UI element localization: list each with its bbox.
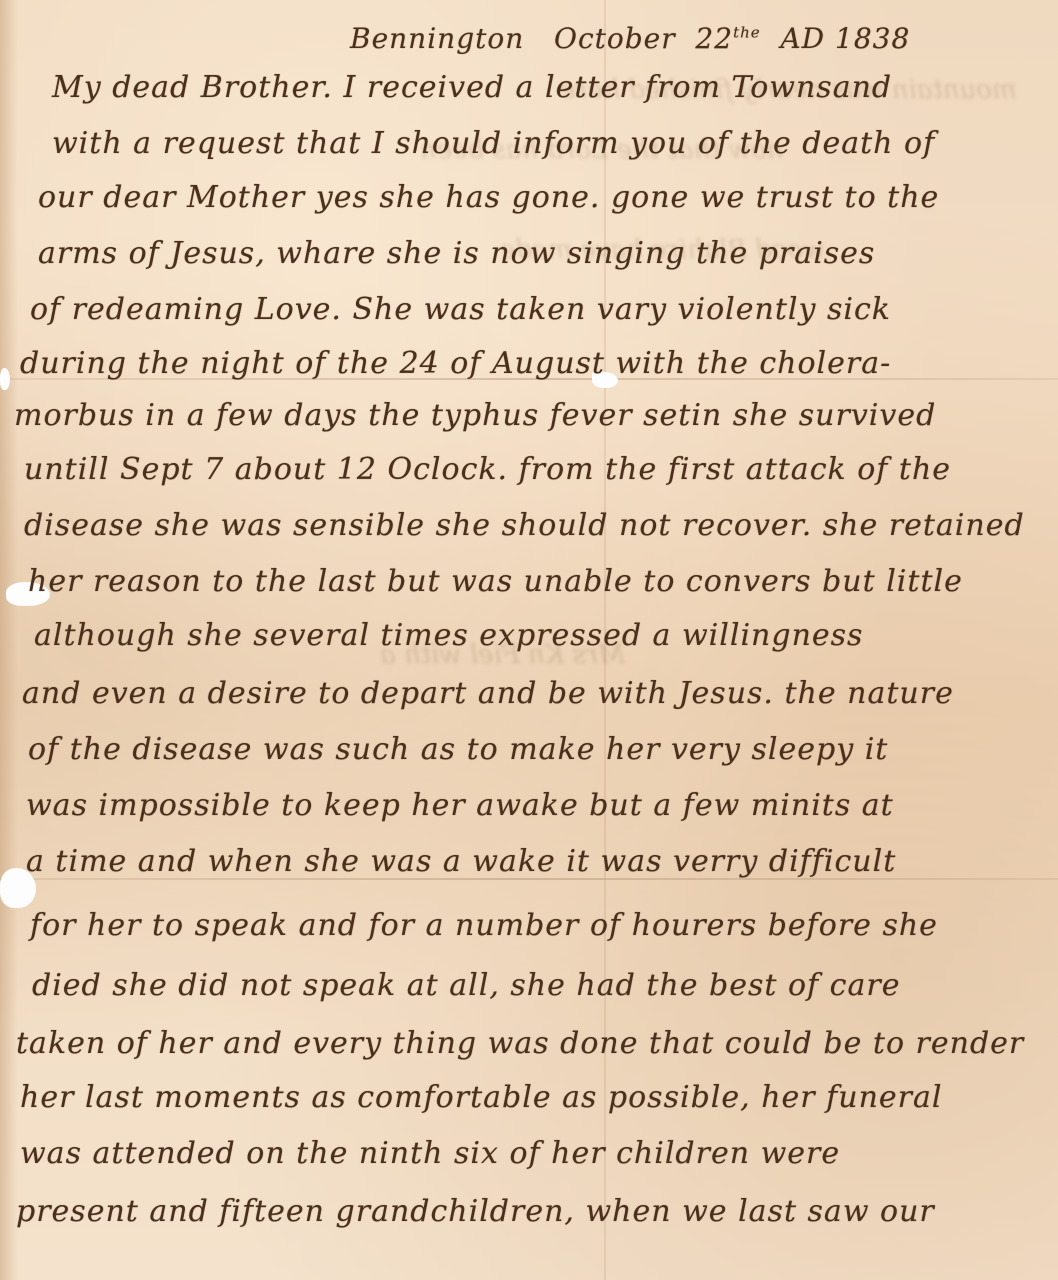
letter-line: and even a desire to depart and be with …: [22, 676, 954, 711]
letter-line: died she did not speak at all, she had t…: [32, 968, 900, 1003]
letter-line: her reason to the last but was unable to…: [28, 564, 963, 599]
letter-line: taken of her and every thing was done th…: [16, 1026, 1024, 1061]
letter-line: arms of Jesus, whare she is now singing …: [38, 236, 875, 271]
letter-line: during the night of the 24 of August wit…: [20, 346, 891, 381]
letter-line: present and fifteen grandchildren, when …: [16, 1194, 935, 1229]
letter-line: disease she was sensible she should not …: [24, 508, 1025, 543]
heading-era: AD: [780, 22, 825, 55]
letter-line: our dear Mother yes she has gone. gone w…: [38, 180, 939, 215]
heading-year: 1838: [835, 22, 910, 55]
letter-line: untill Sept 7 about 12 Oclock. from the …: [24, 452, 951, 487]
heading-place: Bennington: [350, 22, 524, 55]
letter-line: for her to speak and for a number of hou…: [30, 908, 938, 943]
letter-line: was impossible to keep her awake but a f…: [26, 788, 894, 823]
letter-line: although she several times expressed a w…: [34, 618, 863, 653]
heading-day: 22: [695, 22, 733, 55]
letter-line: a time and when she was a wake it was ve…: [26, 844, 896, 879]
heading-month: October: [554, 22, 676, 55]
letter-line: of the disease was such as to make her v…: [28, 732, 888, 767]
letter-line: My dead Brother. I received a letter fro…: [52, 70, 892, 105]
letter-line: with a request that I should inform you …: [52, 126, 935, 161]
heading-day-suffix: the: [733, 24, 761, 42]
letter-line: of redeaming Love. She was taken vary vi…: [30, 292, 891, 327]
letter-heading: Bennington October 22the AD 1838: [350, 22, 910, 55]
letter-line: her last moments as comfortable as possi…: [20, 1080, 942, 1115]
letter-line: was attended on the ninth six of her chi…: [20, 1136, 840, 1171]
letter-text: mountain was nearly finished here now th…: [0, 0, 1058, 1280]
letter-line: morbus in a few days the typhus fever se…: [14, 398, 936, 433]
